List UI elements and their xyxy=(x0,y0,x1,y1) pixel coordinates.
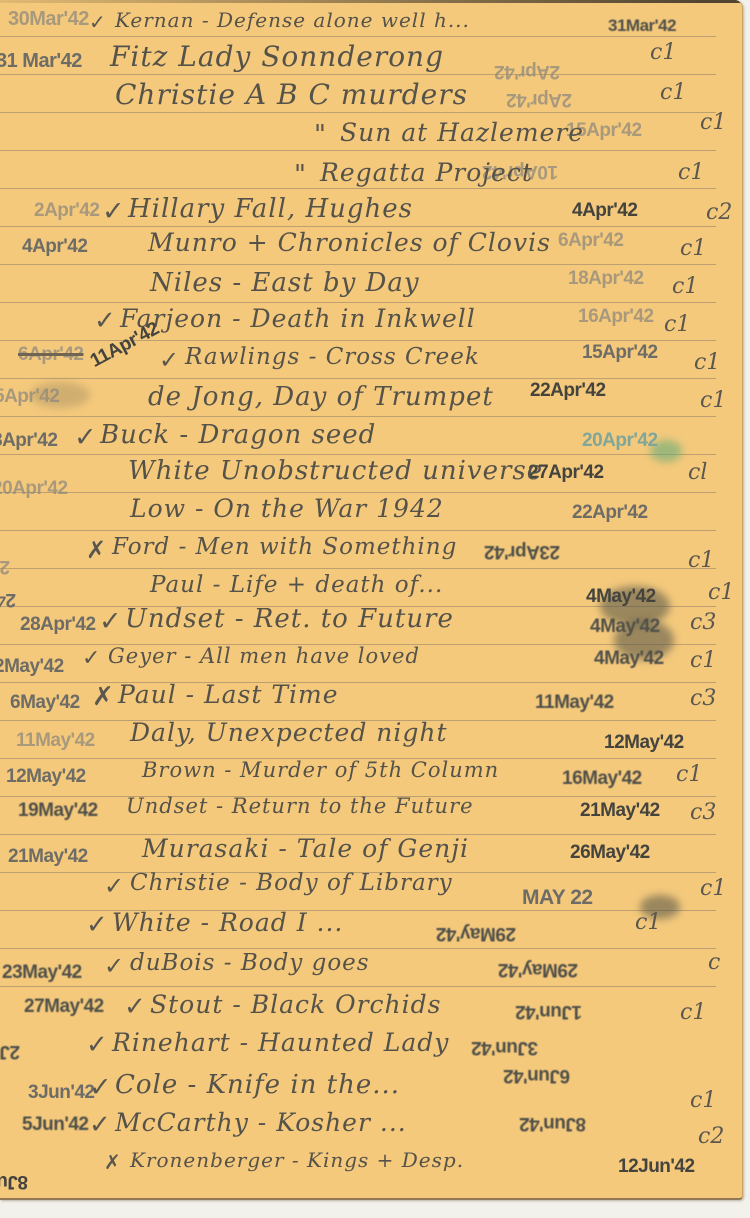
book-entry: Regatta Project xyxy=(320,158,533,187)
rating-note: c1 xyxy=(690,648,716,673)
date-stamp: 28Apr'42 xyxy=(20,614,96,636)
book-entry: Stout - Black Orchids xyxy=(150,990,441,1019)
date-stamp: 23Apr'42 xyxy=(484,540,560,562)
rating-note: cl xyxy=(688,460,707,485)
date-stamp: 16May'42 xyxy=(562,768,642,790)
book-entry: White - Road I ... xyxy=(112,908,343,937)
date-stamp: 29May'42 xyxy=(436,922,516,944)
date-stamp: 6Apr'42 xyxy=(18,344,83,366)
rating-note: c1 xyxy=(672,274,698,299)
book-entry: Kronenberger - Kings + Desp. xyxy=(130,1148,464,1172)
check-mark-icon: ✓ xyxy=(99,606,122,637)
date-stamp: 31 Mar'42 xyxy=(0,50,82,73)
ruled-line xyxy=(0,986,716,987)
rating-note: c1 xyxy=(635,910,661,935)
date-stamp: 19May'42 xyxy=(18,800,98,822)
check-mark-icon: ✓ xyxy=(124,992,146,1022)
date-stamp: 16Apr'42 xyxy=(578,306,654,328)
date-stamp: 12May'42 xyxy=(604,732,684,754)
book-entry: Brown - Murder of 5th Column xyxy=(142,758,499,782)
check-mark-icon: ✓ xyxy=(82,646,100,671)
rating-note: c1 xyxy=(690,1088,716,1113)
date-stamp: 30Mar'42 xyxy=(8,8,89,31)
ruled-line xyxy=(0,150,716,151)
date-stamp: 20Apr'42 xyxy=(582,430,658,452)
date-stamp: 18Apr'42 xyxy=(568,268,644,290)
ruled-line xyxy=(0,378,716,379)
book-entry: Christie - Body of Library xyxy=(130,870,453,896)
x-mark-icon: ✗ xyxy=(104,1150,121,1174)
ruled-line xyxy=(0,948,716,949)
rating-note: c1 xyxy=(678,160,704,185)
date-stamp: 20Apr'42 xyxy=(0,478,68,500)
ditto-mark: " xyxy=(294,160,306,190)
date-stamp: 2Jun'42 xyxy=(0,1040,20,1062)
book-entry: Fitz Lady Sonnderong xyxy=(110,40,444,73)
book-entry: Daly, Unexpected night xyxy=(130,718,448,747)
ruled-line xyxy=(0,36,716,37)
ruled-line xyxy=(0,492,716,493)
check-mark-icon: ✓ xyxy=(159,346,179,374)
check-mark-icon: ✓ xyxy=(94,306,116,336)
date-stamp: 26May'42 xyxy=(570,842,650,864)
date-stamp: 21May'42 xyxy=(8,846,88,868)
rating-note: c1 xyxy=(650,40,676,65)
book-entry: White Unobstructed universe xyxy=(128,456,543,486)
rating-note: c1 xyxy=(688,548,714,573)
check-mark-icon: ✓ xyxy=(89,10,106,34)
date-stamp: 21May'42 xyxy=(580,800,660,822)
date-stamp: 8Apr'42 xyxy=(0,430,57,452)
date-stamp: 4Apr'42 xyxy=(22,236,87,258)
book-entry: Geyer - All men have loved xyxy=(108,644,420,668)
ruled-line xyxy=(0,416,716,417)
book-entry: Paul - Life + death of... xyxy=(150,572,443,598)
rating-note: c1 xyxy=(676,762,702,787)
date-stamp: 23Apr'42 xyxy=(0,555,10,577)
book-entry: Murasaki - Tale of Genji xyxy=(142,834,469,863)
ruled-line xyxy=(0,74,716,75)
date-stamp: 5Apr'42 xyxy=(0,386,59,408)
book-entry: Christie A B C murders xyxy=(115,78,468,111)
ruled-line xyxy=(0,454,716,455)
date-stamp: 1Jun'42 xyxy=(516,1000,583,1022)
date-stamp: 4May'42 xyxy=(590,616,660,638)
book-entry: Ford - Men with Something xyxy=(112,534,457,560)
check-mark-icon: ✓ xyxy=(74,422,97,453)
rating-note: c3 xyxy=(690,800,716,825)
date-stamp: 8Jun'42 xyxy=(520,1112,587,1134)
ruled-line xyxy=(0,568,716,569)
book-entry: Sun at Hazlemere xyxy=(340,118,584,147)
date-stamp: 27May'42 xyxy=(24,996,104,1018)
ruled-line xyxy=(0,264,716,265)
date-stamp: 29May'42 xyxy=(498,958,578,980)
date-stamp: 22Apr'42 xyxy=(530,380,606,402)
book-entry: Cole - Knife in the... xyxy=(115,1070,400,1100)
date-stamp: 12May'42 xyxy=(6,766,86,788)
rating-note: c1 xyxy=(680,1000,706,1025)
date-stamp: 22Apr'42 xyxy=(572,502,648,524)
check-mark-icon: ✓ xyxy=(89,1110,111,1140)
date-stamp: 2Apr'42 xyxy=(495,60,560,82)
book-entry: Low - On the War 1942 xyxy=(130,494,444,523)
check-mark-icon: ✓ xyxy=(86,1030,108,1060)
ruled-line xyxy=(0,188,716,189)
rating-note: c1 xyxy=(700,110,726,135)
x-mark-icon: ✗ xyxy=(86,536,106,564)
date-stamp: 4Apr'42 xyxy=(572,200,637,222)
rating-note: c xyxy=(708,950,720,975)
x-mark-icon: ✗ xyxy=(92,682,114,712)
book-entry: Buck - Dragon seed xyxy=(100,420,376,450)
book-entry: de Jong, Day of Trumpet xyxy=(148,382,494,412)
date-stamp: 3Jun'42 xyxy=(28,1082,95,1104)
date-stamp: 4May'42 xyxy=(594,648,664,670)
library-due-date-card: 30Mar'4231 Mar'422Apr'424Apr'426Apr'4211… xyxy=(0,0,743,1200)
book-entry: Niles - East by Day xyxy=(150,268,420,298)
date-stamp: 2Apr'42 xyxy=(34,200,99,222)
book-entry: Kernan - Defense alone well h... xyxy=(115,8,470,32)
book-entry: Rinehart - Haunted Lady xyxy=(112,1028,449,1057)
rating-note: c1 xyxy=(700,876,726,901)
book-entry: Paul - Last Time xyxy=(118,680,339,709)
rating-note: c1 xyxy=(680,236,706,261)
date-stamp: 2Apr'42 xyxy=(507,88,572,110)
rating-note: c3 xyxy=(690,610,716,635)
date-stamp: 8Jun'42 xyxy=(0,1170,28,1192)
date-stamp: 24Apr'42 xyxy=(0,588,16,610)
ruled-line xyxy=(0,530,716,531)
date-stamp: 11May'42 xyxy=(535,692,614,714)
book-entry: Munro + Chronicles of Clovis xyxy=(148,228,551,257)
book-entry: duBois - Body goes xyxy=(130,950,370,976)
ruled-line xyxy=(0,112,716,113)
check-mark-icon: ✓ xyxy=(104,872,124,900)
check-mark-icon: ✓ xyxy=(86,910,108,940)
book-entry: Rawlings - Cross Creek xyxy=(185,344,480,370)
ruled-line xyxy=(0,302,716,303)
check-mark-icon: ✓ xyxy=(102,196,125,227)
date-stamp: 5Jun'42 xyxy=(22,1114,89,1136)
book-entry: Farjeon - Death in Inkwell xyxy=(120,304,476,333)
date-stamp: 6Jun'42 xyxy=(504,1064,571,1086)
rating-note: c2 xyxy=(706,200,732,225)
check-mark-icon: ✓ xyxy=(89,1072,112,1103)
rating-note: c1 xyxy=(694,350,720,375)
rating-note: c2 xyxy=(698,1124,724,1149)
date-stamp: 6May'42 xyxy=(10,692,80,714)
book-entry: Hillary Fall, Hughes xyxy=(128,194,413,224)
book-entry: Undset - Return to the Future xyxy=(126,794,474,818)
book-entry: Undset - Ret. to Future xyxy=(125,604,454,634)
ditto-mark: " xyxy=(314,120,326,150)
date-stamp: 6Apr'42 xyxy=(558,230,623,252)
date-stamp: 2May'42 xyxy=(0,656,64,678)
date-stamp: 23May'42 xyxy=(2,962,82,984)
date-stamp: 11May'42 xyxy=(16,730,95,752)
rating-note: c1 xyxy=(700,388,726,413)
rating-note: c1 xyxy=(708,580,734,605)
book-entry: McCarthy - Kosher ... xyxy=(115,1108,407,1137)
check-mark-icon: ✓ xyxy=(104,952,124,980)
rating-note: c1 xyxy=(660,80,686,105)
rating-note: c1 xyxy=(664,312,690,337)
date-stamp: 4May'42 xyxy=(586,586,656,608)
date-stamp: 12Jun'42 xyxy=(618,1156,695,1178)
date-stamp: MAY 22 xyxy=(522,886,593,910)
date-stamp: 15Apr'42 xyxy=(582,342,658,364)
date-stamp: 3Jun'42 xyxy=(472,1036,539,1058)
date-stamp: 31Mar'42 xyxy=(608,16,676,36)
rating-note: c3 xyxy=(690,686,716,711)
